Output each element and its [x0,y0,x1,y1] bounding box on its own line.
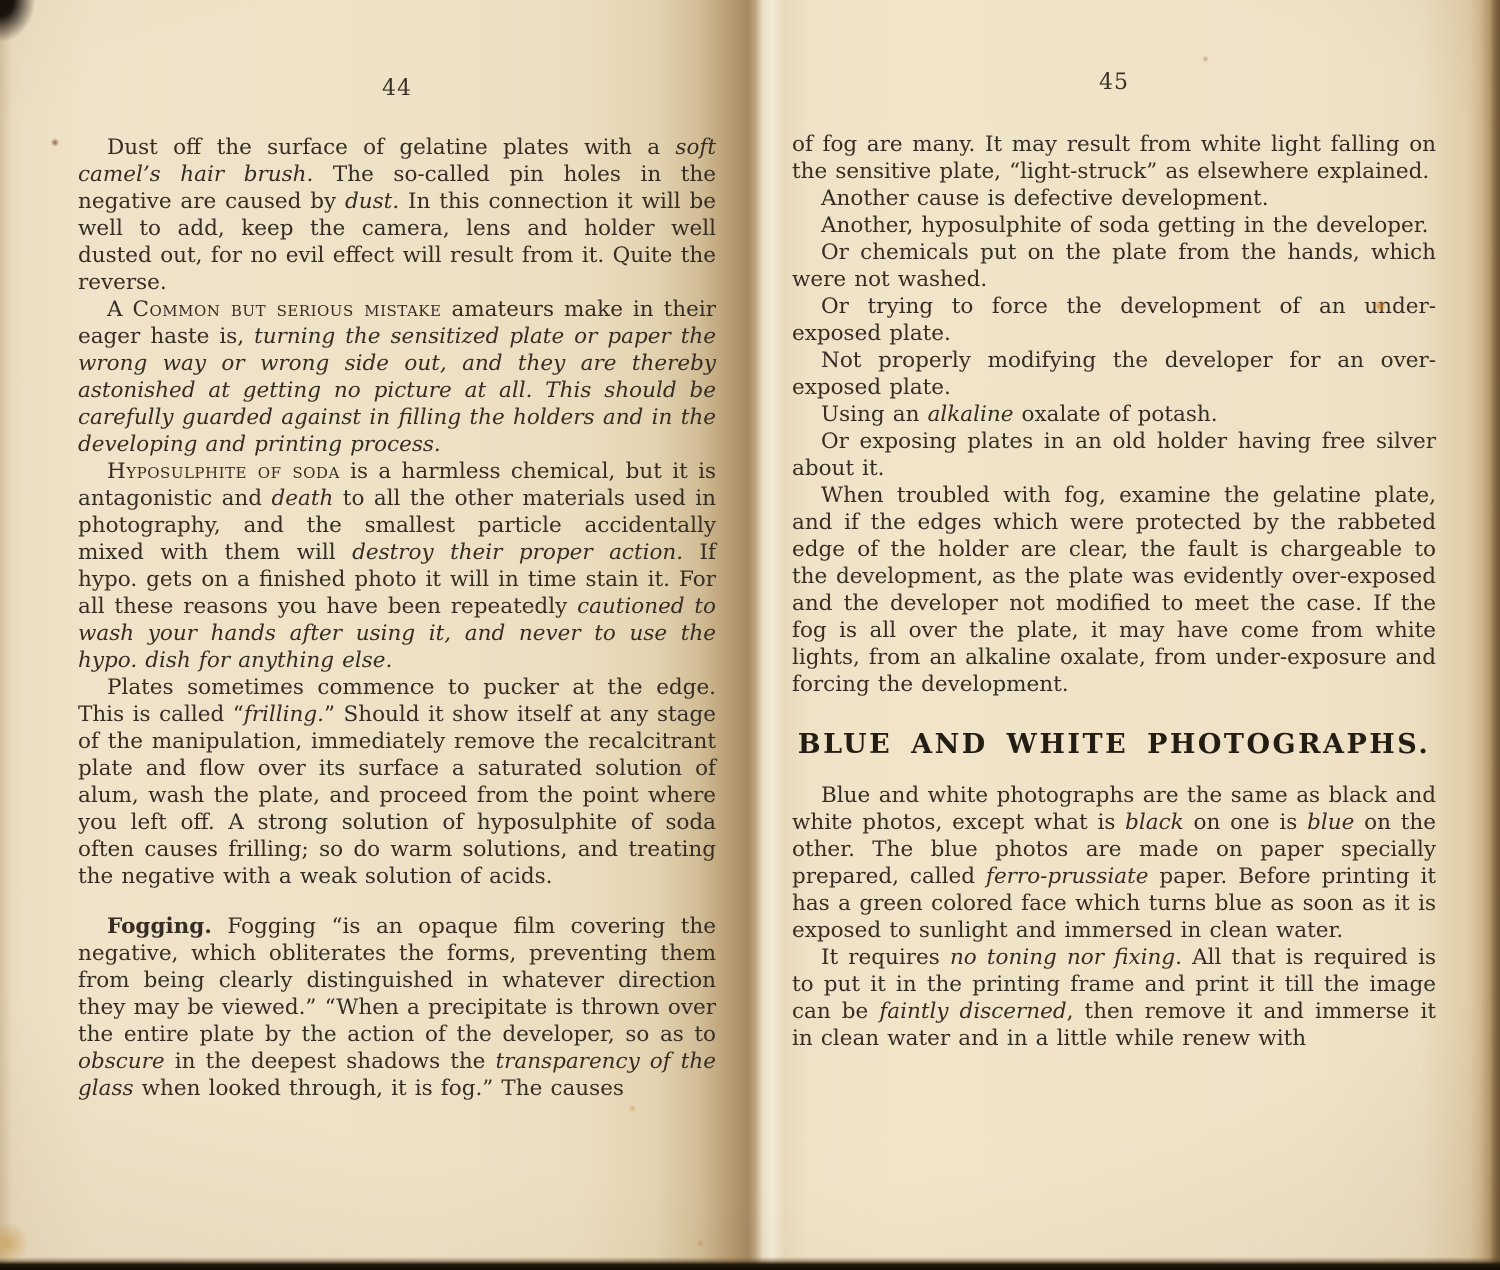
section-heading: BLUE AND WHITE PHOTOGRAPHS. [792,731,1436,758]
paragraph: It requires no toning nor fixing. All th… [792,944,1436,1052]
page-right-edge-shadow [1480,0,1500,1270]
book-spread: 44 45 Dust off the surface of gelatine p… [0,0,1500,1270]
page-number-left: 44 [78,76,716,101]
paragraph: Blue and white photographs are the same … [792,782,1436,944]
paragraph: A Common but serious mistake amateurs ma… [78,296,716,458]
page-number-right: 45 [792,70,1436,95]
paragraph: Another, hyposulphite of soda getting in… [792,212,1436,239]
paragraph: Another cause is defective development. [792,185,1436,212]
foxing-stain [0,1224,32,1262]
paragraph: Using an alkaline oxalate of potash. [792,401,1436,428]
foxing-stain [696,1240,705,1247]
paragraph: Not properly modifying the developer for… [792,347,1436,401]
paragraph: Plates sometimes commence to pucker at t… [78,674,716,890]
corner-shadow [0,0,56,66]
paragraph: Fogging. Fogging “is an opaque film cove… [78,913,716,1102]
page-right-text: of fog are many. It may result from whit… [792,131,1436,1052]
paragraph: Or chemicals put on the plate from the h… [792,239,1436,293]
paragraph: Hyposulphite of soda is a harmless chemi… [78,458,716,674]
book-bottom-edge [0,1257,1500,1270]
page-left-text: Dust off the surface of gelatine plates … [78,134,716,1102]
paragraph: Dust off the surface of gelatine plates … [78,134,716,296]
paragraph: Or exposing plates in an old holder havi… [792,428,1436,482]
paragraph: When troubled with fog, examine the gela… [792,482,1436,698]
paragraph: Or trying to force the development of an… [792,293,1436,347]
paragraph: of fog are many. It may result from whit… [792,131,1436,185]
foxing-stain [628,1105,637,1112]
page-left-edge-shadow [0,0,12,1270]
foxing-stain [1202,56,1209,62]
foxing-stain [51,138,59,147]
